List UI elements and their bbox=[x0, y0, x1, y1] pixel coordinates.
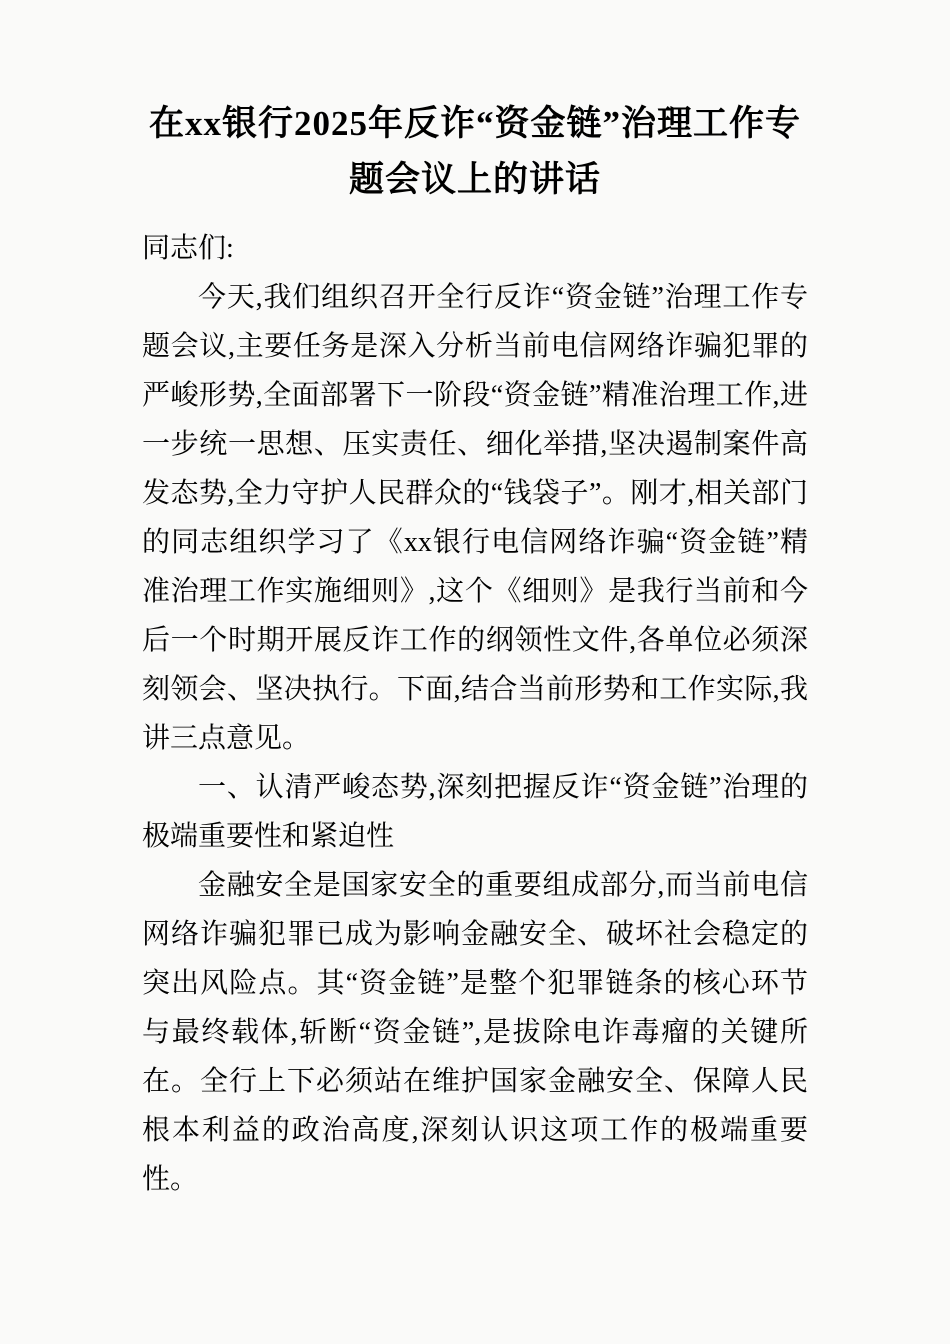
document-page: 在xx银行2025年反诈“资金链”治理工作专题会议上的讲话 同志们: 今天,我们… bbox=[0, 0, 950, 1344]
document-title: 在xx银行2025年反诈“资金链”治理工作专题会议上的讲话 bbox=[142, 96, 808, 208]
section-heading-1: 一、认清严峻态势,深刻把握反诈“资金链”治理的极端重要性和紧迫性 bbox=[142, 763, 808, 861]
salutation: 同志们: bbox=[142, 224, 808, 273]
paragraph-section-1-body: 金融安全是国家安全的重要组成部分,而当前电信网络诈骗犯罪已成为影响金融安全、破坏… bbox=[142, 861, 808, 1204]
paragraph-opening: 今天,我们组织召开全行反诈“资金链”治理工作专题会议,主要任务是深入分析当前电信… bbox=[142, 273, 808, 763]
